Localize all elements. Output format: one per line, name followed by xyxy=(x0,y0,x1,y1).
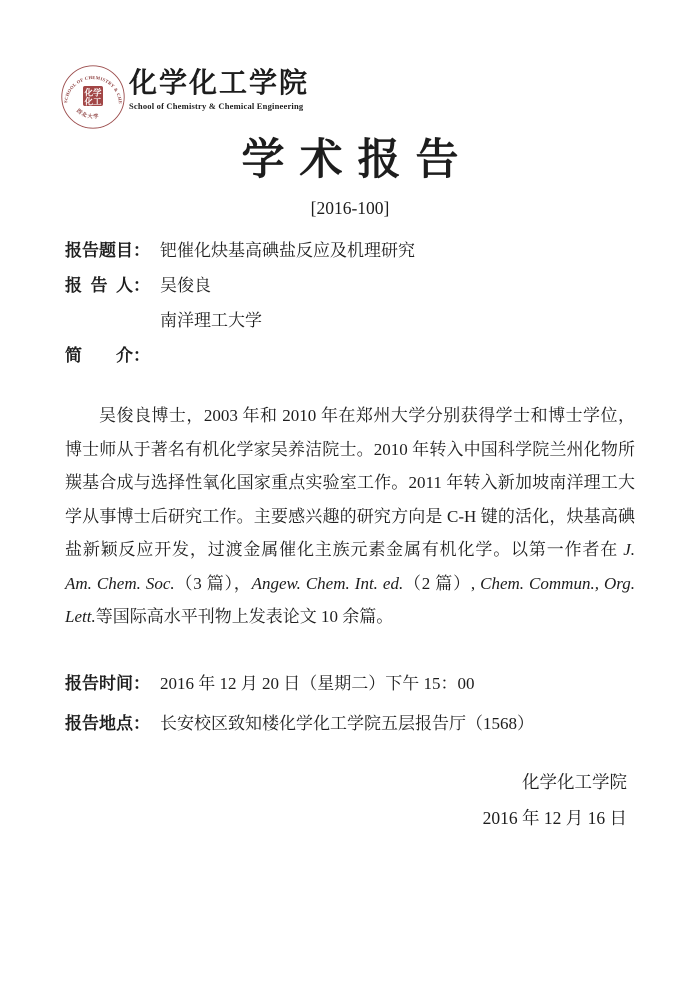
seal-bottom-text: 西北大学 xyxy=(75,106,100,120)
speaker-affiliation: 南洋理工大学 xyxy=(160,306,262,331)
topic-value: 钯催化炔基高碘盐反应及机理研究 xyxy=(160,236,415,261)
seal-stamp-text-bottom: 化工 xyxy=(83,97,102,107)
place-label: 报告地点： xyxy=(65,709,150,734)
document-page: SCHOOL OF CHEMISTRY & CHEMICAL ENGINEERI… xyxy=(0,0,700,989)
school-seal-logo: SCHOOL OF CHEMISTRY & CHEMICAL ENGINEERI… xyxy=(60,64,126,130)
svg-text:西北大学: 西北大学 xyxy=(75,106,100,120)
footer-date: 2016 年 12 月 16 日 xyxy=(65,800,627,836)
field-topic: 报告题目： 钯催化炔基高碘盐反应及机理研究 xyxy=(65,231,635,266)
document-title: 学术报告 xyxy=(0,133,700,188)
speaker-label: 报 告 人： xyxy=(65,271,150,296)
intro-label: 简 介： xyxy=(65,341,150,366)
speaker-value: 吴俊良 xyxy=(160,271,211,296)
field-speaker: 报 告 人： 吴俊良 xyxy=(65,266,635,301)
meta-block: 报告时间： 2016 年 12 月 20 日（星期二）下午 15：00 报告地点… xyxy=(65,662,635,742)
school-name-chinese: 化学化工学院 xyxy=(129,69,309,99)
topic-label: 报告题目： xyxy=(65,236,150,261)
document-number: [2016-100] xyxy=(0,197,700,219)
field-time: 报告时间： 2016 年 12 月 20 日（星期二）下午 15：00 xyxy=(65,662,635,702)
place-value: 长安校区致知楼化学化工学院五层报告厅（1568） xyxy=(160,709,534,734)
header-logo: SCHOOL OF CHEMISTRY & CHEMICAL ENGINEERI… xyxy=(60,64,700,130)
field-place: 报告地点： 长安校区致知楼化学化工学院五层报告厅（1568） xyxy=(65,702,635,742)
time-value: 2016 年 12 月 20 日（星期二）下午 15：00 xyxy=(160,669,475,694)
bio-paragraph: 吴俊良博士，2003 年和 2010 年在郑州大学分别获得学士和博士学位，博士师… xyxy=(65,399,635,634)
footer-signature: 化学化工学院 xyxy=(65,764,627,800)
school-name-block: 化学化工学院 School of Chemistry & Chemical En… xyxy=(129,64,309,111)
field-intro: 简 介： xyxy=(65,336,635,371)
document-body: 报告题目： 钯催化炔基高碘盐反应及机理研究 报 告 人： 吴俊良 南洋理工大学 … xyxy=(65,231,635,836)
school-name-english: School of Chemistry & Chemical Engineeri… xyxy=(129,101,309,111)
field-speaker-affiliation: 南洋理工大学 xyxy=(65,301,635,336)
footer-signature-block: 化学化工学院 2016 年 12 月 16 日 xyxy=(65,764,635,836)
time-label: 报告时间： xyxy=(65,669,150,694)
